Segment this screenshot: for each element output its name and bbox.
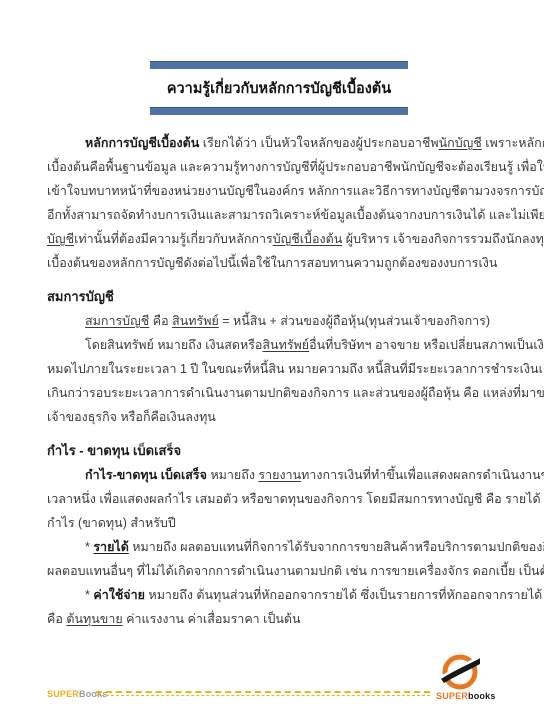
text-segment: เวลาหนึ่ง เพื่อแสดงผลกำไร เสมอตัว หรือขา… — [47, 492, 544, 506]
text-segment: สมการบัญชี — [85, 314, 149, 328]
text-line: กำไร-ขาดทุน เบ็ดเสร็จ หมายถึง รายงานทางก… — [47, 463, 499, 487]
text-segment: รายได้ — [93, 540, 128, 554]
text-segment: นักบัญชี — [439, 136, 482, 150]
text-segment: เพราะหลักการบัญชี — [482, 136, 544, 150]
text-segment: คือ — [47, 612, 66, 626]
text-line: อีกทั้งสามารถจัดทำงบการเงินและสามารถวิเค… — [47, 203, 499, 227]
text-line: สมการบัญชี คือ สินทรัพย์ = หนี้สิน + ส่ว… — [47, 309, 499, 333]
text-segment: ผลตอบแทนอื่นๆ ที่ไม่ได้เกิดจากการดำเนินง… — [47, 564, 544, 578]
text-line: หมดไปภายในระยะเวลา 1 ปี ในขณะที่หนี้สิน … — [47, 357, 499, 381]
text-line: เบื้องต้นของหลักการบัญชีดังต่อไปนี้เพื่อ… — [47, 251, 499, 275]
text-line: กำไร (ขาดทุน) สำหรับปี — [47, 511, 499, 535]
text-line: บัญชีเท่านั้นที่ต้องมีความรู้เกี่ยวกับหล… — [47, 227, 499, 251]
document-body: หลักการบัญชีเบื้องต้น เรียกได้ว่า เป็นหั… — [47, 131, 499, 631]
text-line: เกินกว่ารอบระยะเวลาการดำเนินงานตามปกติขอ… — [47, 381, 499, 405]
text-segment: สินทรัพย์ — [262, 338, 309, 352]
text-segment: = หนี้สิน + ส่วนของผู้ถือหุ้น(ทุนส่วนเจ้… — [219, 314, 490, 328]
title-bottom-bar — [150, 107, 408, 115]
text-segment: รายงาน — [258, 468, 301, 482]
text-line: * รายได้ หมายถึง ผลตอบแทนที่กิจการได้รับ… — [47, 535, 499, 559]
text-segment: หมายถึง ต้นทุนส่วนที่หักออกจากรายได้ ซึ่… — [145, 588, 544, 602]
text-line: โดยสินทรัพย์ หมายถึง เงินสดหรือสินทรัพย์… — [47, 333, 499, 357]
text-segment: กำไร (ขาดทุน) สำหรับปี — [47, 516, 176, 530]
text-segment: โดยสินทรัพย์ หมายถึง เงินสดหรือ — [85, 338, 262, 352]
text-line: เวลาหนึ่ง เพื่อแสดงผลกำไร เสมอตัว หรือขา… — [47, 487, 499, 511]
footer-dashed-divider — [96, 691, 430, 696]
document-page: ความรู้เกี่ยวกับหลักการบัญชีเบื้องต้น หล… — [0, 0, 544, 725]
text-line: เบื้องต้นคือพื้นฐานข้อมูล และความรู้ทางก… — [47, 155, 499, 179]
text-segment: เรียกได้ว่า เป็นหัวใจหลักของผู้ประกอบอาช… — [203, 136, 439, 150]
footer-left-logo-super: SUPER — [47, 689, 79, 699]
text-segment: สินทรัพย์ — [172, 314, 219, 328]
text-line: คือ ต้นทุนขาย ค่าแรงงาน ค่าเสื่อมราคา เป… — [47, 607, 499, 631]
text-segment: หมดไปภายในระยะเวลา 1 ปี ในขณะที่หนี้สิน … — [47, 362, 544, 376]
text-segment: เจ้าของธุรกิจ หรือก็คือเงินลงทุน — [47, 410, 216, 424]
text-segment: อื่นที่บริษัทฯ อาจขาย หรือเปลี่ยนสภาพเป็… — [309, 338, 544, 352]
text-segment: กำไร-ขาดทุน เบ็ดเสร็จ — [85, 468, 210, 482]
page-title: ความรู้เกี่ยวกับหลักการบัญชีเบื้องต้น — [150, 69, 408, 107]
text-segment: ต้นทุนขาย — [66, 612, 122, 626]
footer-right-logo: SUPERbooks — [436, 691, 496, 701]
text-segment: อีกทั้งสามารถจัดทำงบการเงินและสามารถวิเค… — [47, 208, 544, 222]
text-segment: หมายถึง ผลตอบแทนที่กิจการได้รับจากการขาย… — [129, 540, 544, 554]
text-segment: เบื้องต้นคือพื้นฐานข้อมูล และความรู้ทางก… — [47, 160, 544, 174]
section-heading: สมการบัญชี — [47, 285, 499, 309]
footer-right-logo-super: SUPER — [436, 691, 468, 701]
text-segment: เข้าใจบทบาทหน้าที่ของหน่วยงานบัญชีในองค์… — [47, 184, 544, 198]
text-segment: ทางการเงินที่ทำขึ้นเพื่อแสดงผลกรดำเนินงา… — [301, 468, 544, 482]
text-line: * ค่าใช้จ่าย หมายถึง ต้นทุนส่วนที่หักออก… — [47, 583, 499, 607]
text-segment: เบื้องต้นของหลักการบัญชีดังต่อไปนี้เพื่อ… — [47, 256, 497, 270]
superbooks-emblem-icon — [439, 652, 481, 692]
text-segment: เกินกว่ารอบระยะเวลาการดำเนินงานตามปกติขอ… — [47, 386, 544, 400]
text-line: ผลตอบแทนอื่นๆ ที่ไม่ได้เกิดจากการดำเนินง… — [47, 559, 499, 583]
text-segment: ค่าใช้จ่าย — [93, 588, 145, 602]
footer-right-logo-books: books — [468, 691, 496, 701]
text-segment: คือ — [149, 314, 172, 328]
text-line: เข้าใจบทบาทหน้าที่ของหน่วยงานบัญชีในองค์… — [47, 179, 499, 203]
text-segment: เท่านั้นที่ต้องมีความรู้เกี่ยวกับหลักการ — [74, 232, 273, 246]
text-segment: หลักการบัญชีเบื้องต้น — [85, 136, 203, 150]
text-line: เจ้าของธุรกิจ หรือก็คือเงินลงทุน — [47, 405, 499, 429]
title-top-bar — [150, 61, 408, 69]
text-segment: ผู้บริหาร เจ้าของกิจการรวมถึงนักลงทุน ก็… — [342, 232, 544, 246]
text-segment: ค่าแรงงาน ค่าเสื่อมราคา เป็นต้น — [123, 612, 301, 626]
text-segment: บัญชีเบื้องต้น — [273, 232, 343, 246]
text-segment: บัญชี — [47, 232, 74, 246]
text-line: หลักการบัญชีเบื้องต้น เรียกได้ว่า เป็นหั… — [47, 131, 499, 155]
title-box: ความรู้เกี่ยวกับหลักการบัญชีเบื้องต้น — [150, 61, 408, 115]
section-heading: กำไร - ขาดทุน เบ็ดเสร็จ — [47, 439, 499, 463]
text-segment: หมายถึง — [210, 468, 258, 482]
